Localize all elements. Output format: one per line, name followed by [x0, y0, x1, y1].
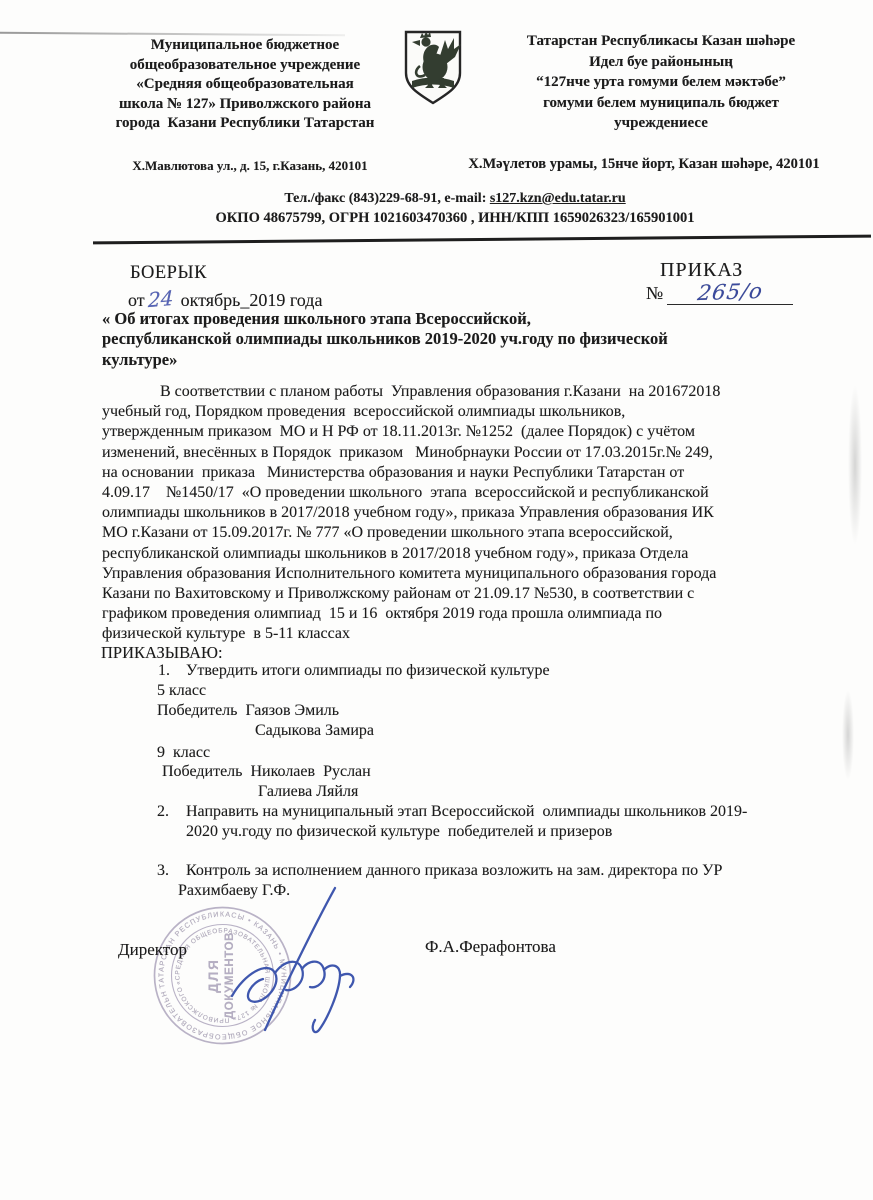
body-line: Управления образования Исполнительного к… [102, 564, 854, 584]
item3-number: 3. [157, 862, 169, 880]
phone-fax: Тел./факс (843)229-68-91, e-mail: [284, 191, 490, 206]
number-underline: 265/о [667, 280, 793, 305]
org-line: школа № 127» Приволжского района [95, 95, 395, 115]
registry-numbers: ОКПО 48675799, ОГРН 1021603470360 , ИНН/… [80, 210, 830, 227]
org-line: Идел буе районының [470, 52, 852, 73]
grade5-second: Садыкова Замира [255, 722, 374, 740]
org-name-russian: Муниципальное бюджетное общеобразователь… [95, 36, 395, 134]
date-prefix: от [128, 290, 145, 310]
address-russian: Х.Мавлютова ул., д. 15, г.Казань, 420101 [95, 158, 405, 174]
grade9-second: Галиева Ляйля [258, 783, 358, 801]
org-line: города Казани Республики Татарстан [95, 114, 395, 134]
grade9-winner: Победитель Николаев Руслан [162, 763, 371, 781]
signer-role: Директор [118, 940, 187, 960]
address-tatar: Х.Мәүлетов урамы, 15нче йорт, Казан шәһә… [440, 156, 848, 173]
scanned-order-document: Муниципальное бюджетное общеобразователь… [0, 0, 873, 1200]
subject-line: культуре» [102, 350, 822, 370]
decree-heading: ПРИКАЗЫВАЮ: [101, 643, 223, 663]
body-line: Казани по Вахитовскому и Приволжскому ра… [102, 584, 854, 604]
handwritten-number: 265/о [696, 279, 765, 305]
body-line: графиком проведения олимпиад 15 и 16 окт… [102, 604, 854, 624]
scan-smudge [842, 690, 854, 780]
order-body: В соответствии с планом работы Управлени… [102, 382, 854, 645]
order-subject: « Об итогах проведения школьного этапа В… [102, 309, 822, 370]
body-line: республиканской олимпиады школьников в 2… [102, 544, 854, 564]
order-title-russian: ПРИКАЗ [660, 259, 743, 282]
item1-number: 1. [158, 662, 170, 680]
order-number-line: №265/о [646, 280, 793, 305]
email-address: s127.kzn@edu.tatar.ru [490, 191, 626, 206]
item2-number: 2. [157, 803, 169, 821]
org-line: гомуми белем муниципаль бюджет [470, 93, 852, 114]
order-date-line: от24 октябрь_2019 года [128, 287, 322, 311]
number-sign: № [646, 283, 663, 303]
org-name-tatar: Татарстан Республикасы Казан шәһәре Идел… [470, 31, 852, 134]
grade5-label: 5 класс [157, 682, 206, 700]
org-line: «Средняя общеобразовательная [95, 75, 395, 95]
body-line: МО г.Казани от 15.09.2017г. № 777 «О про… [102, 523, 854, 543]
item2-text-line1: Направить на муниципальный этап Всеросси… [186, 803, 747, 821]
org-line: Муниципальное бюджетное [95, 36, 395, 56]
body-line: В соответствии с планом работы Управлени… [102, 382, 854, 402]
body-line: олимпиады школьников в 2017/2018 учебном… [102, 503, 854, 523]
org-line: Татарстан Республикасы Казан шәһәре [470, 31, 852, 52]
order-title-tatar: БОЕРЫК [130, 263, 207, 284]
grade9-label: 9 класс [157, 744, 210, 762]
handwritten-signature [218, 878, 368, 1036]
subject-line: « Об итогах проведения школьного этапа В… [102, 309, 822, 329]
kazan-coat-of-arms-icon [402, 29, 464, 107]
item2-text-line2: 2020 уч.году по физической культуре побе… [186, 823, 612, 841]
contact-line: Тел./факс (843)229-68-91, e-mail: s127.k… [80, 191, 830, 207]
org-line: учреждениесе [470, 113, 852, 134]
body-line: физической культуре в 5-11 классах [102, 624, 854, 644]
subject-line: республиканской олимпиады школьников 201… [102, 329, 822, 349]
org-line: общеобразовательное учреждение [95, 56, 395, 76]
signer-name: Ф.А.Ферафонтова [425, 937, 556, 957]
header-divider [93, 235, 871, 245]
date-rest: октябрь_2019 года [176, 290, 322, 310]
body-line: 4.09.17 №1450/17 «О проведении школьного… [102, 483, 854, 503]
body-line: учебный год, Порядком проведения всеросс… [102, 402, 854, 422]
body-line: изменений, внесённых в Порядок приказом … [102, 443, 854, 463]
org-line: “127нче урта гомуми белем мәктәбе” [470, 72, 852, 93]
body-line: на основании приказа Министерства образо… [102, 463, 854, 483]
grade5-winner: Победитель Гаязов Эмиль [157, 702, 339, 720]
item1-text: Утвердить итоги олимпиады по физической … [186, 662, 550, 680]
body-line: утвержденным приказом МО и Н РФ от 18.11… [102, 422, 854, 442]
